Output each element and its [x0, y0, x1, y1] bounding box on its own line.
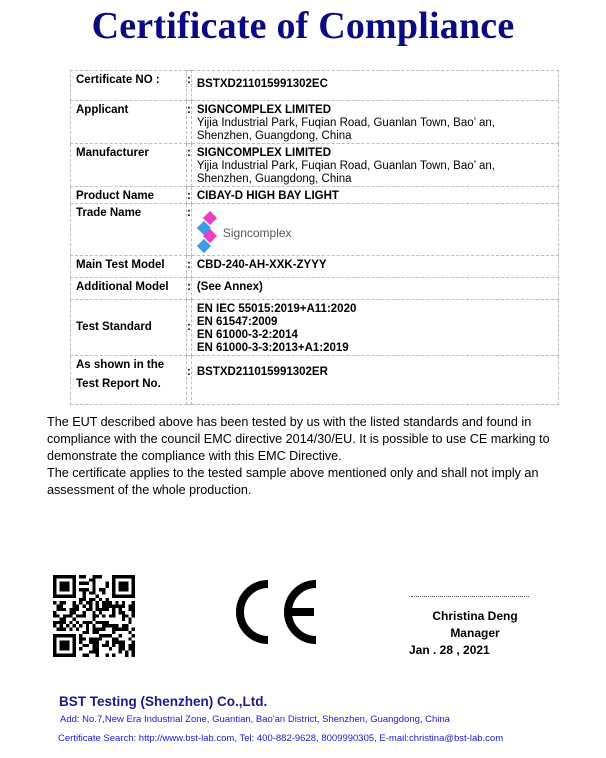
ce-mark-icon — [228, 580, 320, 644]
colon: : — [187, 187, 192, 204]
signature-block: Christina Deng Manager Jan . 28 , 2021 — [405, 596, 545, 659]
value-trade-name: Signcomplex — [191, 204, 558, 256]
signcomplex-logo: Signcomplex — [197, 211, 553, 255]
label-applicant: Applicant — [71, 101, 187, 144]
row-additional-model: Additional Model : (See Annex) — [71, 278, 559, 300]
certificate-info-table: Certificate NO : : BSTXD211015991302EC A… — [70, 70, 559, 405]
signatory-name: Christina Deng — [405, 608, 545, 625]
value-main-test-model: CBD-240-AH-XXK-ZYYY — [191, 256, 558, 278]
qr-code-icon — [53, 575, 135, 657]
certificate-search-info: Certificate Search: http://www.bst-lab.c… — [58, 733, 503, 744]
label-line2: Test Report No. — [76, 375, 181, 394]
label-test-standard: Test Standard — [71, 300, 187, 356]
label-product-name: Product Name — [71, 187, 187, 204]
certificate-title: Certificate of Compliance — [0, 4, 606, 48]
compliance-statement: The EUT described above has been tested … — [47, 414, 567, 499]
manufacturer-address-line2: Shenzhen, Guangdong, China — [197, 173, 553, 186]
value-test-standard: EN IEC 55015:2019+A11:2020 EN 61547:2009… — [191, 300, 558, 356]
row-test-standard: Test Standard : EN IEC 55015:2019+A11:20… — [71, 300, 559, 356]
manufacturer-address-line1: Yijia Industrial Park, Fuqian Road, Guan… — [197, 160, 553, 173]
label-certificate-no: Certificate NO : — [71, 71, 187, 101]
signature-date: Jan . 28 , 2021 — [409, 642, 545, 659]
value-additional-model: (See Annex) — [191, 278, 558, 300]
trade-name-text: Signcomplex — [223, 227, 292, 240]
applicant-company: SIGNCOMPLEX LIMITED — [197, 104, 553, 117]
applicant-address-line1: Yijia Industrial Park, Fuqian Road, Guan… — [197, 117, 553, 130]
row-applicant: Applicant : SIGNCOMPLEX LIMITED Yijia In… — [71, 101, 559, 144]
label-test-report-no: As shown in the Test Report No. — [71, 356, 187, 405]
standard-item: EN 61547:2009 — [197, 316, 553, 329]
value-manufacturer: SIGNCOMPLEX LIMITED Yijia Industrial Par… — [191, 144, 558, 187]
value-applicant: SIGNCOMPLEX LIMITED Yijia Industrial Par… — [191, 101, 558, 144]
diamond-logo-icon — [197, 211, 221, 255]
signatory-role: Manager — [405, 625, 545, 642]
issuer-address: Add: No.7,New Era Industrial Zone, Guant… — [60, 714, 450, 725]
standard-item: EN 61000-3-2:2014 — [197, 329, 553, 342]
issuer-company-name: BST Testing (Shenzhen) Co.,Ltd. — [59, 694, 267, 709]
standard-item: EN 61000-3-3:2013+A1:2019 — [197, 342, 553, 355]
value-test-report-no: BSTXD211015991302ER — [191, 356, 558, 405]
row-main-test-model: Main Test Model : CBD-240-AH-XXK-ZYYY — [71, 256, 559, 278]
label-manufacturer: Manufacturer — [71, 144, 187, 187]
applicant-address-line2: Shenzhen, Guangdong, China — [197, 130, 553, 143]
signature-line — [411, 596, 529, 603]
value-certificate-no: BSTXD211015991302EC — [191, 71, 558, 101]
statement-paragraph-1: The EUT described above has been tested … — [47, 414, 567, 465]
label-line1: As shown in the — [76, 356, 181, 375]
row-certificate-no: Certificate NO : : BSTXD211015991302EC — [71, 71, 559, 101]
label-main-test-model: Main Test Model — [71, 256, 187, 278]
label-additional-model: Additional Model — [71, 278, 187, 300]
row-test-report-no: As shown in the Test Report No. : BSTXD2… — [71, 356, 559, 405]
value-product-name: CIBAY-D HIGH BAY LIGHT — [191, 187, 558, 204]
statement-paragraph-2: The certificate applies to the tested sa… — [47, 465, 567, 499]
row-manufacturer: Manufacturer : SIGNCOMPLEX LIMITED Yijia… — [71, 144, 559, 187]
manufacturer-company: SIGNCOMPLEX LIMITED — [197, 147, 553, 160]
label-trade-name: Trade Name — [71, 204, 187, 256]
row-trade-name: Trade Name : Signcomplex — [71, 204, 559, 256]
row-product-name: Product Name : CIBAY-D HIGH BAY LIGHT — [71, 187, 559, 204]
standard-item: EN IEC 55015:2019+A11:2020 — [197, 303, 553, 316]
